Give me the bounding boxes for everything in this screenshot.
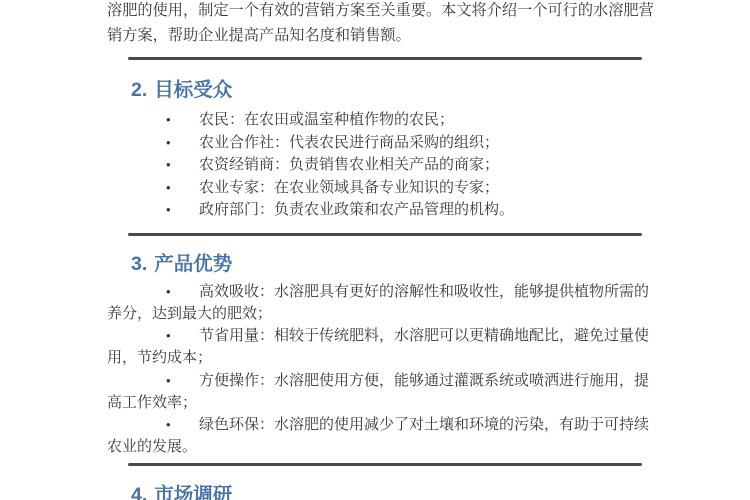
list-item: •农民：在农田或温室种植作物的农民；: [107, 109, 514, 132]
bullet-icon: •: [166, 414, 199, 436]
intro-line: 销方案，帮助企业提高产品知名度和销售额。: [107, 23, 654, 48]
section-divider: [128, 57, 642, 60]
section-number: 2.: [131, 79, 147, 101]
bullet-icon: •: [166, 177, 199, 200]
list-item-wrap-line: 农业的发展。: [107, 437, 649, 459]
bullet-icon: •: [166, 281, 199, 303]
bullet-icon: •: [166, 199, 199, 222]
list-item: •节省用量：相较于传统肥料，水溶肥可以更精确地配比，避免过量使: [107, 325, 649, 348]
bullet-icon: •: [166, 132, 199, 155]
section-heading-product-advantages: 3.产品优势: [131, 252, 232, 276]
bullet-icon: •: [166, 370, 199, 392]
list-item: •政府部门：负责农业政策和农产品管理的机构。: [107, 199, 514, 222]
list-item-text: 方便操作：水溶肥使用方便，能够通过灌溉系统或喷洒进行施用，提: [199, 373, 649, 389]
list-item-text: 农民：在农田或温室种植作物的农民；: [199, 112, 454, 128]
list-item-text: 养分，达到最大的肥效；: [107, 306, 272, 322]
list-item-text: 节省用量：相较于传统肥料，水溶肥可以更精确地配比，避免过量使: [199, 328, 649, 344]
list-item-text: 用，节约成本；: [107, 350, 212, 366]
list-item-wrap-line: 高工作效率；: [107, 393, 649, 415]
list-item: •农资经销商：负责销售农业相关产品的商家；: [107, 154, 514, 177]
list-item: •高效吸收：水溶肥具有更好的溶解性和吸收性，能够提供植物所需的: [107, 281, 649, 304]
list-item-text: 农业合作社：代表农民进行商品采购的组织；: [199, 135, 499, 151]
list-item-text: 绿色环保：水溶肥的使用减少了对土壤和环境的污染，有助于可持续: [199, 417, 649, 433]
list-item-text: 农业专家：在农业领域具备专业知识的专家；: [199, 180, 499, 196]
document-page: 溶肥的使用，制定一个有效的营销方案至关重要。本文将介绍一个可行的水溶肥营 销方案…: [0, 0, 750, 500]
section-title: 市场调研: [154, 484, 232, 500]
list-item-text: 高效吸收：水溶肥具有更好的溶解性和吸收性，能够提供植物所需的: [199, 284, 649, 300]
bullet-icon: •: [166, 154, 199, 177]
list-item: •方便操作：水溶肥使用方便，能够通过灌溉系统或喷洒进行施用，提: [107, 370, 649, 393]
list-item-wrap-line: 养分，达到最大的肥效；: [107, 304, 649, 326]
list-item-text: 农资经销商：负责销售农业相关产品的商家；: [199, 157, 499, 173]
list-item-text: 农业的发展。: [107, 439, 197, 455]
intro-line: 溶肥的使用，制定一个有效的营销方案至关重要。本文将介绍一个可行的水溶肥营: [107, 0, 654, 23]
section-heading-target-audience: 2.目标受众: [131, 78, 232, 102]
list-item-text: 政府部门：负责农业政策和农产品管理的机构。: [199, 202, 514, 218]
section-divider: [128, 233, 642, 236]
product-advantages-list: •高效吸收：水溶肥具有更好的溶解性和吸收性，能够提供植物所需的 养分，达到最大的…: [107, 281, 649, 459]
section-number: 4.: [131, 484, 147, 500]
section-title: 产品优势: [154, 253, 232, 275]
target-audience-list: •农民：在农田或温室种植作物的农民； •农业合作社：代表农民进行商品采购的组织；…: [107, 109, 514, 222]
intro-paragraph: 溶肥的使用，制定一个有效的营销方案至关重要。本文将介绍一个可行的水溶肥营 销方案…: [107, 0, 654, 48]
list-item: •绿色环保：水溶肥的使用减少了对土壤和环境的污染，有助于可持续: [107, 414, 649, 437]
list-item: •农业合作社：代表农民进行商品采购的组织；: [107, 132, 514, 155]
list-item-wrap-line: 用，节约成本；: [107, 348, 649, 370]
bullet-icon: •: [166, 325, 199, 347]
list-item: •农业专家：在农业领域具备专业知识的专家；: [107, 177, 514, 200]
section-heading-market-research: 4.市场调研: [131, 483, 232, 500]
section-divider: [128, 463, 642, 466]
bullet-icon: •: [166, 109, 199, 132]
section-number: 3.: [131, 253, 147, 275]
list-item-text: 高工作效率；: [107, 395, 197, 411]
section-title: 目标受众: [154, 79, 232, 101]
